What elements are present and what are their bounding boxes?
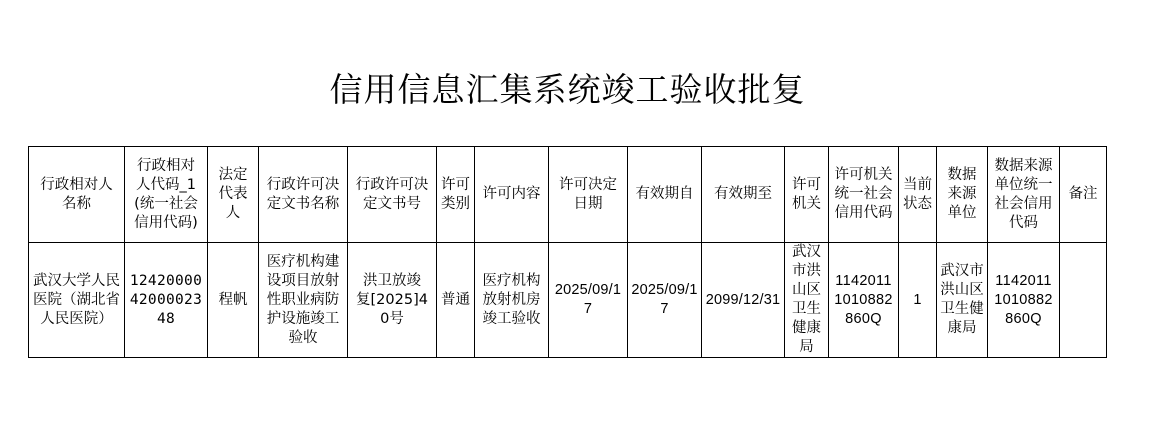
header-legal-rep: 法定代表人 <box>208 147 259 243</box>
header-license-content: 许可内容 <box>475 147 549 243</box>
cell-relative-name: 武汉大学人民医院（湖北省人民医院） <box>29 243 125 358</box>
cell-relative-code: 124200004200002348 <box>125 243 208 358</box>
cell-doc-number: 洪卫放竣复[2025]40号 <box>348 243 437 358</box>
header-valid-to: 有效期至 <box>702 147 785 243</box>
cell-valid-from: 2025/09/17 <box>628 243 702 358</box>
cell-license-type: 普通 <box>437 243 475 358</box>
table-header-row: 行政相对人名称 行政相对人代码_1(统一社会信用代码) 法定代表人 行政许可决定… <box>29 147 1107 243</box>
header-source-unit: 数据来源单位 <box>937 147 988 243</box>
header-source-unit-code: 数据来源单位统一社会信用代码 <box>988 147 1060 243</box>
cell-authority: 武汉市洪山区卫生健康局 <box>785 243 829 358</box>
cell-status: 1 <box>899 243 937 358</box>
header-doc-number: 行政许可决定文书号 <box>348 147 437 243</box>
header-doc-name: 行政许可决定文书名称 <box>259 147 348 243</box>
table-row: 武汉大学人民医院（湖北省人民医院） 124200004200002348 程帆 … <box>29 243 1107 358</box>
cell-source-unit-code: 11420111010882860Q <box>988 243 1060 358</box>
header-valid-from: 有效期自 <box>628 147 702 243</box>
header-relative-code: 行政相对人代码_1(统一社会信用代码) <box>125 147 208 243</box>
header-authority: 许可机关 <box>785 147 829 243</box>
cell-authority-code: 11420111010882860Q <box>829 243 899 358</box>
cell-remark <box>1060 243 1107 358</box>
cell-doc-name: 医疗机构建设项目放射性职业病防护设施竣工验收 <box>259 243 348 358</box>
cell-source-unit: 武汉市洪山区卫生健康局 <box>937 243 988 358</box>
header-authority-code: 许可机关统一社会信用代码 <box>829 147 899 243</box>
header-remark: 备注 <box>1060 147 1107 243</box>
cell-legal-rep: 程帆 <box>208 243 259 358</box>
cell-license-content: 医疗机构放射机房竣工验收 <box>475 243 549 358</box>
header-relative-name: 行政相对人名称 <box>29 147 125 243</box>
cell-valid-to: 2099/12/31 <box>702 243 785 358</box>
page-title: 信用信息汇集系统竣工验收批复 <box>0 68 1135 112</box>
header-license-type: 许可类别 <box>437 147 475 243</box>
header-status: 当前状态 <box>899 147 937 243</box>
cell-decision-date: 2025/09/17 <box>549 243 628 358</box>
approval-table: 行政相对人名称 行政相对人代码_1(统一社会信用代码) 法定代表人 行政许可决定… <box>28 146 1107 358</box>
header-decision-date: 许可决定日期 <box>549 147 628 243</box>
